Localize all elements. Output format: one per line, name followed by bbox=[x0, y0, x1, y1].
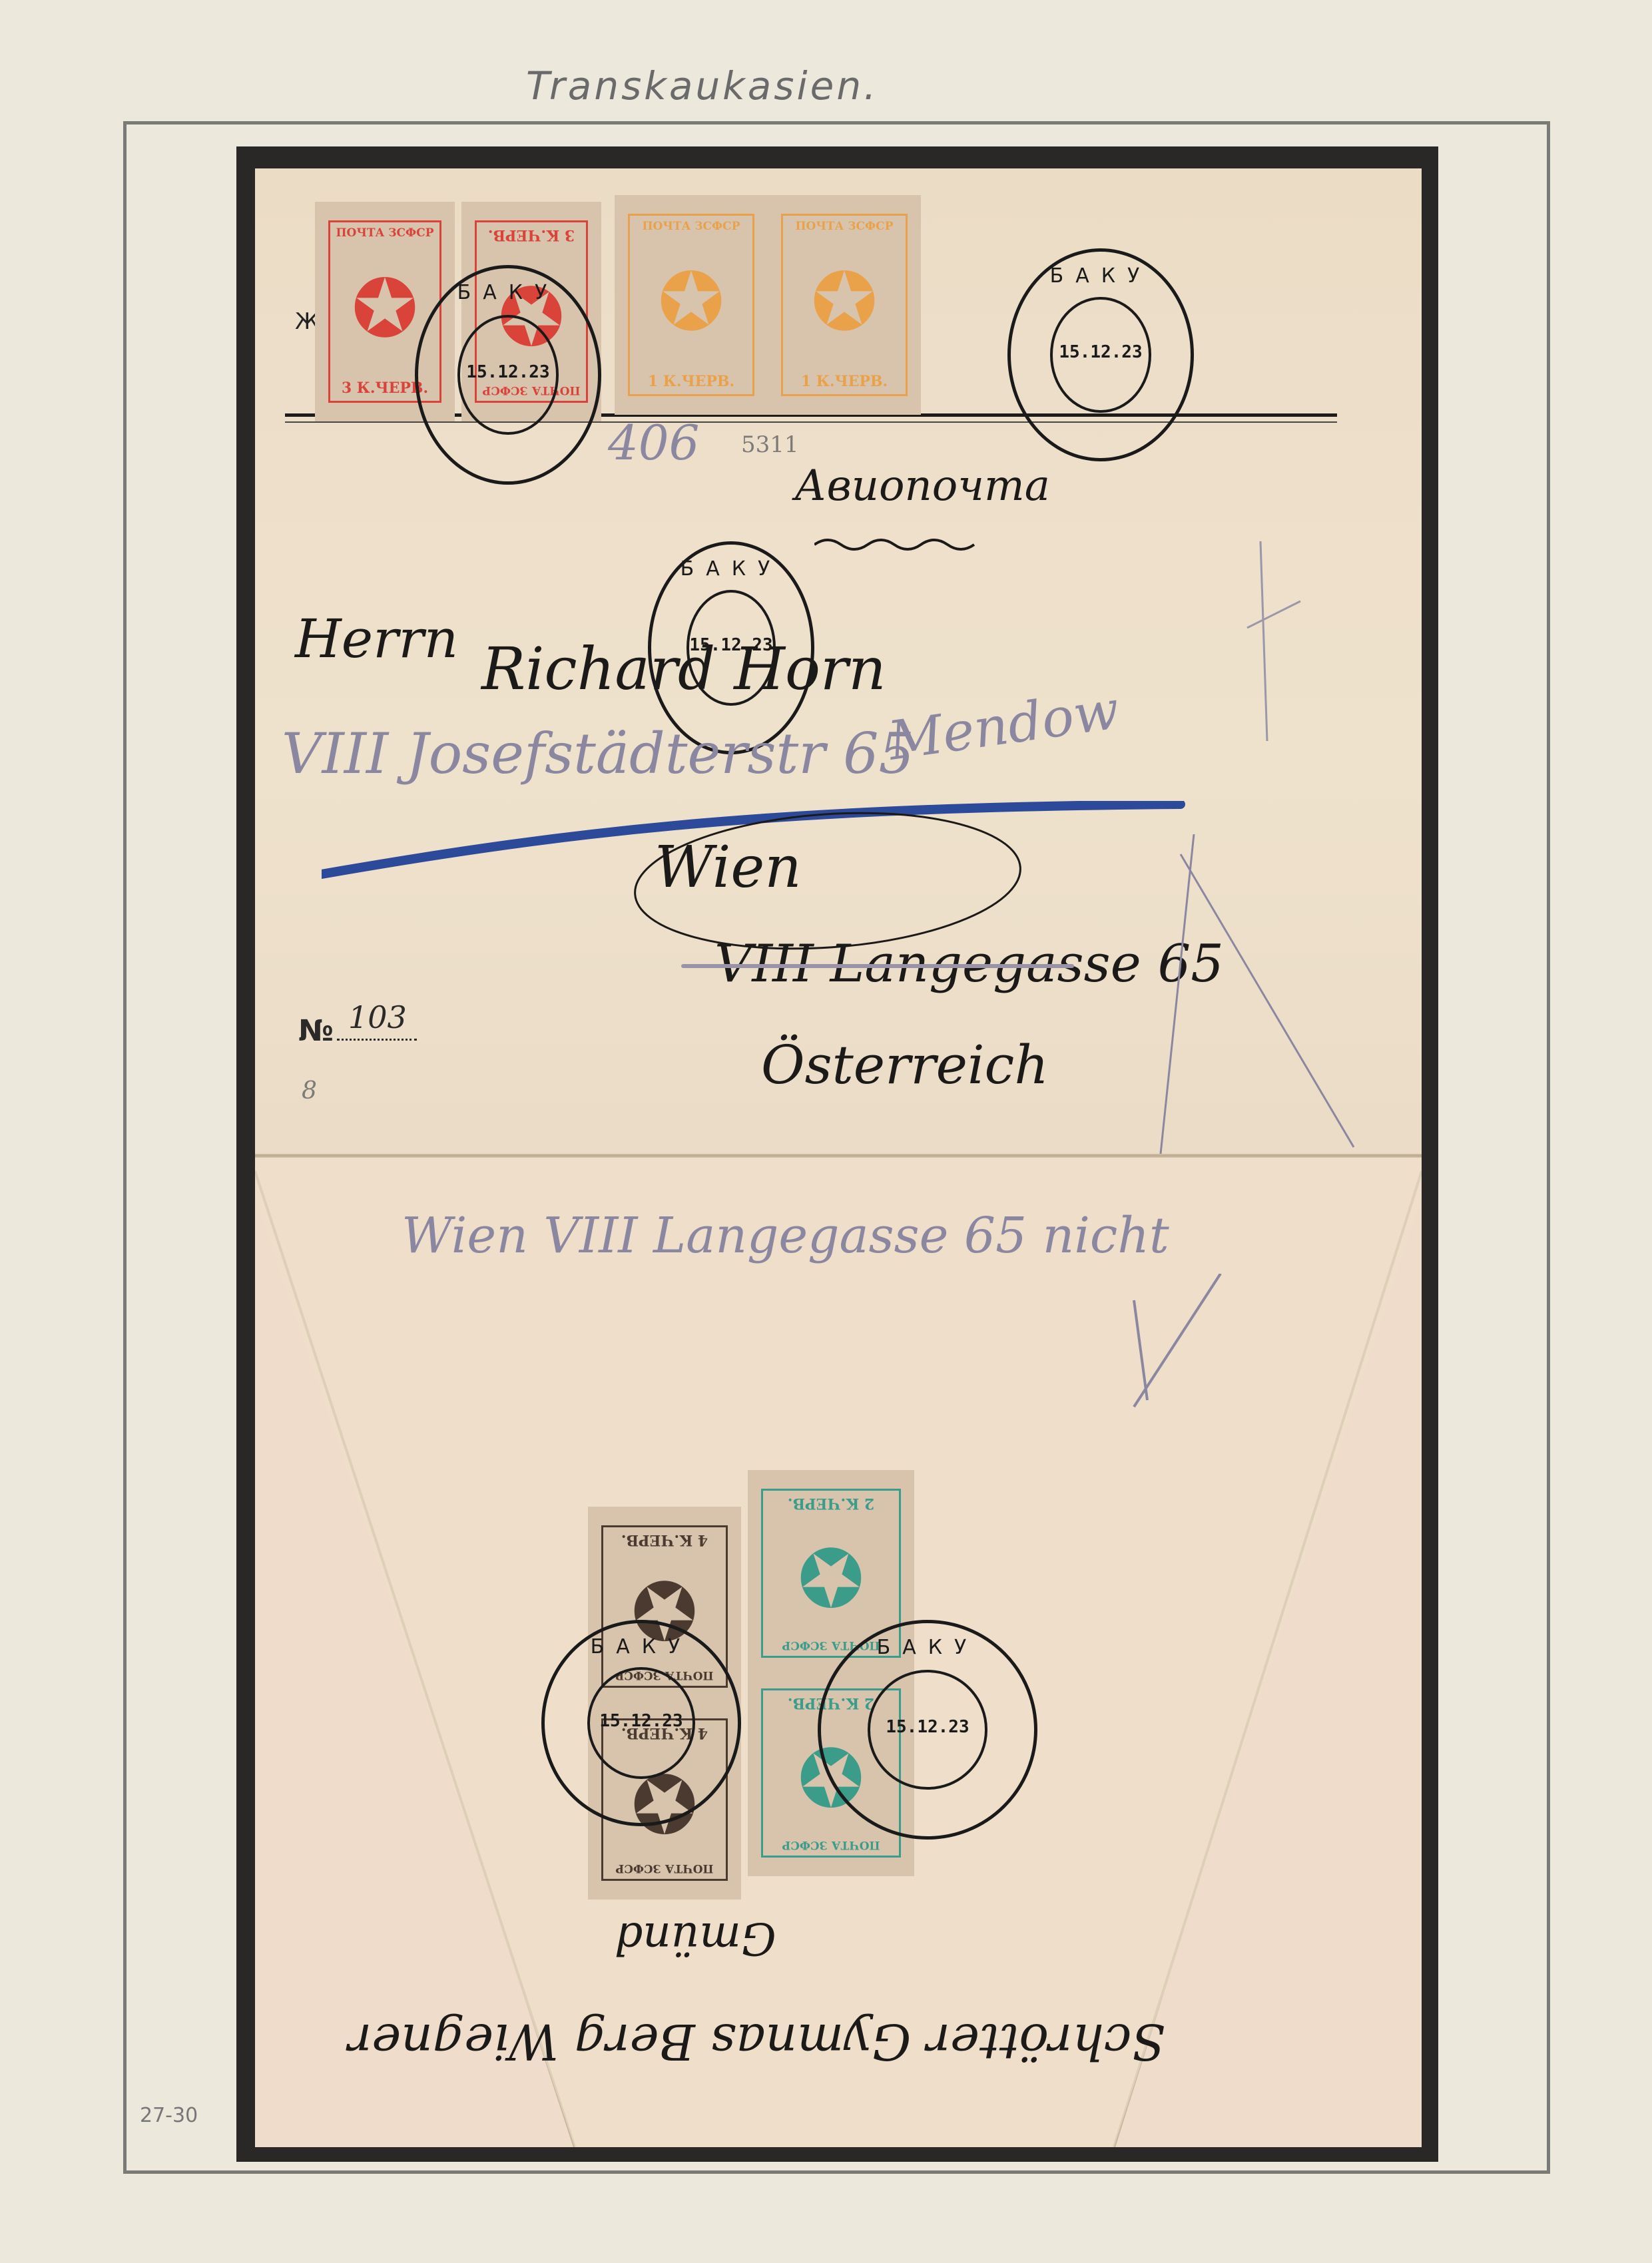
page-title: Transkaukasien. bbox=[526, 63, 879, 109]
pencil-cross bbox=[1154, 834, 1367, 1167]
pencil-number: 406 bbox=[608, 415, 699, 471]
pencil-mark bbox=[1240, 528, 1320, 748]
addressee-salutation: Herrn bbox=[295, 608, 458, 670]
crossed-address: VIII Josefstädterstr 65 bbox=[282, 721, 914, 786]
ink-ellipse bbox=[628, 808, 1027, 954]
sender-line: Schrötter Gymnas Berg Wiegner bbox=[348, 2013, 1165, 2070]
country: Österreich bbox=[761, 1034, 1049, 1096]
pencil-strike bbox=[681, 964, 1074, 968]
postmark: БАКУ15.12.23 bbox=[415, 265, 601, 485]
forwarding-note: Mendow bbox=[884, 678, 1123, 772]
registration-dotted-line bbox=[337, 1039, 417, 1041]
registration-label: № bbox=[298, 1014, 334, 1048]
postmark: БАКУ15.12.23 bbox=[818, 1620, 1037, 1840]
postmark: БАКУ15.12.23 bbox=[541, 1620, 741, 1826]
pencil-number: 5311 bbox=[741, 431, 799, 458]
pencil-number: 8 bbox=[302, 1077, 317, 1105]
sender-line: Gmünd bbox=[615, 1913, 776, 1964]
postmark: БАКУ15.12.23 bbox=[1007, 248, 1194, 461]
postal-cover: Ж ПОЧТА ЗСФСР✪3 К.ЧЕРВ. ПОЧТА ЗСФСР✪3 К.… bbox=[255, 168, 1422, 2147]
airmail-note: Авиопочта bbox=[794, 461, 1050, 511]
catalog-reference: 27-30 bbox=[140, 2104, 198, 2127]
stamp-1k-orange: ПОЧТА ЗСФСР✪1 К.ЧЕРВ. bbox=[615, 195, 768, 415]
registration-number: 103 bbox=[348, 999, 407, 1035]
addressee-name: Richard Horn bbox=[481, 634, 886, 703]
pencil-cross bbox=[1121, 1274, 1234, 1420]
wavy-underline bbox=[814, 531, 1001, 558]
stamp-1k-orange: ПОЧТА ЗСФСР✪1 К.ЧЕРВ. bbox=[768, 195, 921, 415]
back-pencil-note: Wien VIII Langegasse 65 nicht bbox=[402, 1207, 1169, 1264]
